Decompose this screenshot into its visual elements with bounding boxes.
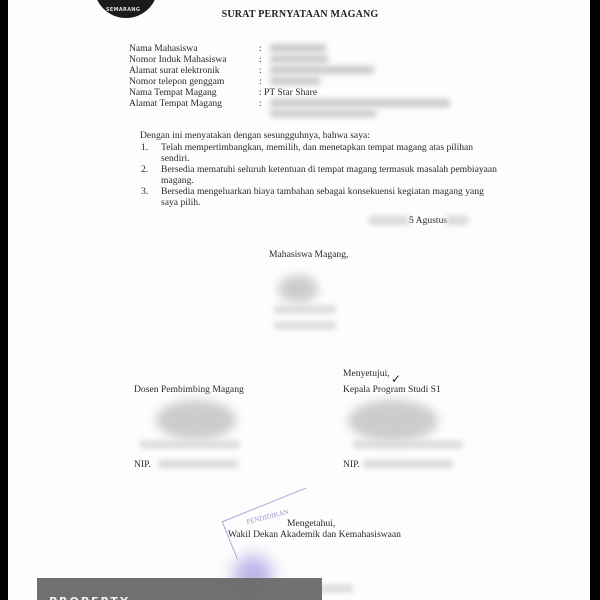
signing-date: 5 Agustus bbox=[409, 215, 447, 226]
head-nip-label: NIP. bbox=[343, 459, 360, 470]
redacted-email bbox=[270, 66, 374, 74]
document-title: SURAT PERNYATAAN MAGANG bbox=[8, 9, 590, 20]
property-overlay-panel: PROPERTY bbox=[37, 578, 322, 600]
redacted-supervisor-nip bbox=[158, 460, 238, 468]
statement-item-text: Bersedia mengeluarkan biaya tambahan seb… bbox=[161, 186, 484, 197]
statement-item-text: Bersedia mematuhi seluruh ketentuan di t… bbox=[161, 164, 497, 175]
vice-dean-role: Wakil Dekan Akademik dan Kemahasiswaan bbox=[228, 529, 401, 540]
field-separator: : bbox=[259, 87, 262, 98]
vice-dean-approval-label: Mengetahui, bbox=[287, 518, 335, 529]
redacted-student-name bbox=[274, 306, 336, 313]
redacted-city bbox=[369, 216, 409, 225]
statement-item-number: 2. bbox=[141, 164, 148, 175]
signature-stroke-icon: ✓ bbox=[391, 372, 401, 387]
student-signature-role: Mahasiswa Magang, bbox=[269, 249, 348, 260]
statement-item-text: saya pilih. bbox=[161, 197, 200, 208]
head-signature bbox=[348, 400, 438, 442]
field-label-nim: Nomor Induk Mahasiswa bbox=[129, 54, 227, 65]
redacted-name bbox=[270, 44, 326, 52]
field-label-company-address: Alamat Tempat Magang bbox=[129, 98, 222, 109]
property-overlay-label: PROPERTY bbox=[49, 595, 130, 600]
statement-intro: Dengan ini menyatakan dengan sesungguhny… bbox=[140, 130, 370, 141]
redacted-year bbox=[446, 216, 468, 225]
redacted-company-address bbox=[270, 99, 450, 107]
field-separator: : bbox=[259, 54, 262, 65]
field-label-company: Nama Tempat Magang bbox=[129, 87, 217, 98]
field-separator: : bbox=[259, 43, 262, 54]
field-label-email: Alamat surat elektronik bbox=[129, 65, 220, 76]
head-approval-label: Menyetujui, bbox=[343, 368, 390, 379]
field-separator: : bbox=[259, 76, 262, 87]
field-separator: : bbox=[259, 98, 262, 109]
student-signature bbox=[278, 275, 318, 303]
statement-item-number: 3. bbox=[141, 186, 148, 197]
redacted-company-address-line2 bbox=[270, 110, 376, 117]
supervisor-nip-label: NIP. bbox=[134, 459, 151, 470]
field-value-company: PT Star Share bbox=[264, 87, 317, 98]
redacted-phone bbox=[270, 77, 320, 85]
redacted-student-nim bbox=[274, 322, 336, 329]
supervisor-role: Dosen Pembimbing Magang bbox=[134, 384, 244, 395]
statement-item-number: 1. bbox=[141, 142, 148, 153]
redacted-nim bbox=[270, 55, 328, 63]
field-label-name: Nama Mahasiswa bbox=[129, 43, 197, 54]
field-separator: : bbox=[259, 65, 262, 76]
statement-item-text: magang. bbox=[161, 175, 194, 186]
statement-item-text: sendiri. bbox=[161, 153, 190, 164]
document-page: SEMARANG SURAT PERNYATAAN MAGANG Nama Ma… bbox=[8, 0, 590, 600]
redacted-head-name bbox=[353, 441, 463, 448]
supervisor-signature bbox=[156, 400, 236, 440]
redacted-head-nip bbox=[363, 460, 453, 468]
field-label-phone: Nomor telepon genggam bbox=[129, 76, 224, 87]
statement-item-text: Telah mempertimbangkan, memilih, dan men… bbox=[161, 142, 473, 153]
redacted-supervisor-name bbox=[140, 441, 240, 448]
